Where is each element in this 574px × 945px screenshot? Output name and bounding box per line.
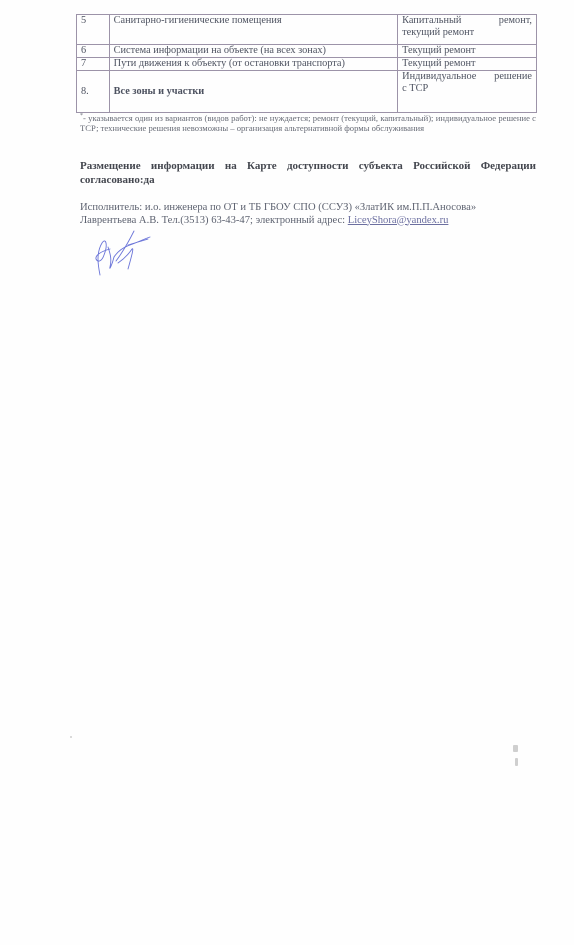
footnote-text: - указывается один из вариантов (видов р… [80, 113, 536, 133]
scan-artifact [515, 758, 518, 766]
row-number: 8. [77, 71, 110, 113]
work-type: Текущий ремонт [398, 58, 537, 71]
map-agreement-heading: Размещение информации на Карте доступнос… [80, 160, 536, 187]
document-page: 5 Санитарно-гигиенические помещения Капи… [0, 0, 574, 945]
row-number: 6 [77, 45, 110, 58]
zone-name: Санитарно-гигиенические помещения [109, 15, 397, 45]
executor-contact-text: Лаврентьева А.В. Тел.(3513) 63-43-47; эл… [80, 215, 348, 226]
work-type-line: текущий ремонт [402, 27, 532, 39]
executor-info: Исполнитель: и.о. инженера по ОТ и ТБ ГБ… [80, 202, 550, 227]
scan-artifact [70, 736, 72, 738]
accessibility-works-table: 5 Санитарно-гигиенические помещения Капи… [76, 14, 537, 113]
footnote: *- указывается один из вариантов (видов … [80, 111, 536, 133]
executor-line: Исполнитель: и.о. инженера по ОТ и ТБ ГБ… [80, 202, 550, 215]
work-type: Текущий ремонт [398, 45, 537, 58]
zone-name: Система информации на объекте (на всех з… [109, 45, 397, 58]
work-type-line: с ТСР [402, 83, 532, 95]
work-type: Индивидуальное решение с ТСР [398, 71, 537, 113]
table-row: 8. Все зоны и участки Индивидуальное реш… [77, 71, 537, 113]
handwritten-signature-icon [88, 225, 168, 280]
heading-line: Размещение информации на Карте доступнос… [80, 160, 536, 174]
row-number: 7 [77, 58, 110, 71]
heading-line: согласовано:да [80, 174, 155, 186]
work-type: Капитальный ремонт, текущий ремонт [398, 15, 537, 45]
table-row: 7 Пути движения к объекту (от остановки … [77, 58, 537, 71]
email-link[interactable]: LiceyShora@yandex.ru [348, 215, 449, 226]
row-number: 5 [77, 15, 110, 45]
work-type-line: Капитальный ремонт, [402, 15, 532, 27]
work-type-line: Индивидуальное решение [402, 71, 532, 83]
zone-name: Пути движения к объекту (от остановки тр… [109, 58, 397, 71]
table-row: 5 Санитарно-гигиенические помещения Капи… [77, 15, 537, 45]
scan-artifact [513, 745, 518, 752]
table-row: 6 Система информации на объекте (на всех… [77, 45, 537, 58]
zone-name: Все зоны и участки [109, 71, 397, 113]
